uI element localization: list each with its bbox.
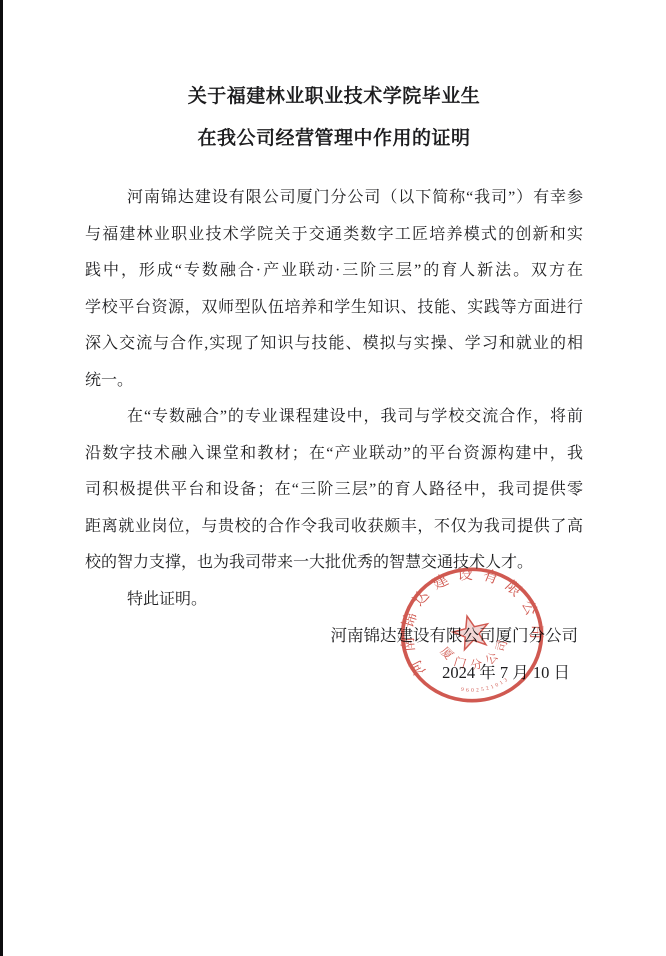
document-body: 河南锦达建设有限公司厦门分公司（以下简称“我司”）有幸参与福建林业职业技术学院关… <box>85 180 583 691</box>
text-line: 学校平台资源，双师型队伍培养和学生知识、技能、实践等方面进行 <box>85 290 583 327</box>
title-line-2: 在我公司经营管理中作用的证明 <box>85 118 583 160</box>
text-line: 与福建林业职业技术学院关于交通类数字工匠培养模式的创新和实 <box>85 217 583 254</box>
title-line-1: 关于福建林业职业技术学院毕业生 <box>85 76 583 118</box>
scan-edge-artifact <box>0 0 3 956</box>
text-line: 司积极提供平台和设备；在“三阶三层”的育人路径中，我司提供零 <box>85 472 583 509</box>
paragraph-2: 在“专数融合”的专业课程建设中，我司与学校交流合作，将前沿数字技术融入课堂和教材… <box>85 399 583 582</box>
signature-date: 2024 年 7 月 10 日 <box>85 655 583 692</box>
text-line: 深入交流与合作,实现了知识与技能、模拟与实操、学习和就业的相 <box>85 326 583 363</box>
paragraph-3: 特此证明。 <box>85 582 583 619</box>
text-line: 距离就业岗位，与贵校的合作令我司收获颇丰，不仅为我司提供了高 <box>85 509 583 546</box>
text-line: 统一。 <box>85 363 583 400</box>
document-title: 关于福建林业职业技术学院毕业生 在我公司经营管理中作用的证明 <box>85 76 583 160</box>
text-line: 校的智力支撑，也为我司带来一大批优秀的智慧交通技术人才。 <box>85 545 583 582</box>
paragraph-1: 河南锦达建设有限公司厦门分公司（以下简称“我司”）有幸参与福建林业职业技术学院关… <box>85 180 583 399</box>
text-line: 践中，形成“专数融合·产业联动·三阶三层”的育人新法。双方在 <box>85 253 583 290</box>
text-line: 在“专数融合”的专业课程建设中，我司与学校交流合作，将前 <box>85 399 583 436</box>
signature-company-name: 河南锦达建设有限公司厦门分公司 <box>85 618 583 655</box>
text-line: 特此证明。 <box>85 582 583 619</box>
text-line: 河南锦达建设有限公司厦门分公司（以下简称“我司”）有幸参 <box>85 180 583 217</box>
text-line: 沿数字技术融入课堂和教材；在“产业联动”的平台资源构建中，我 <box>85 436 583 473</box>
